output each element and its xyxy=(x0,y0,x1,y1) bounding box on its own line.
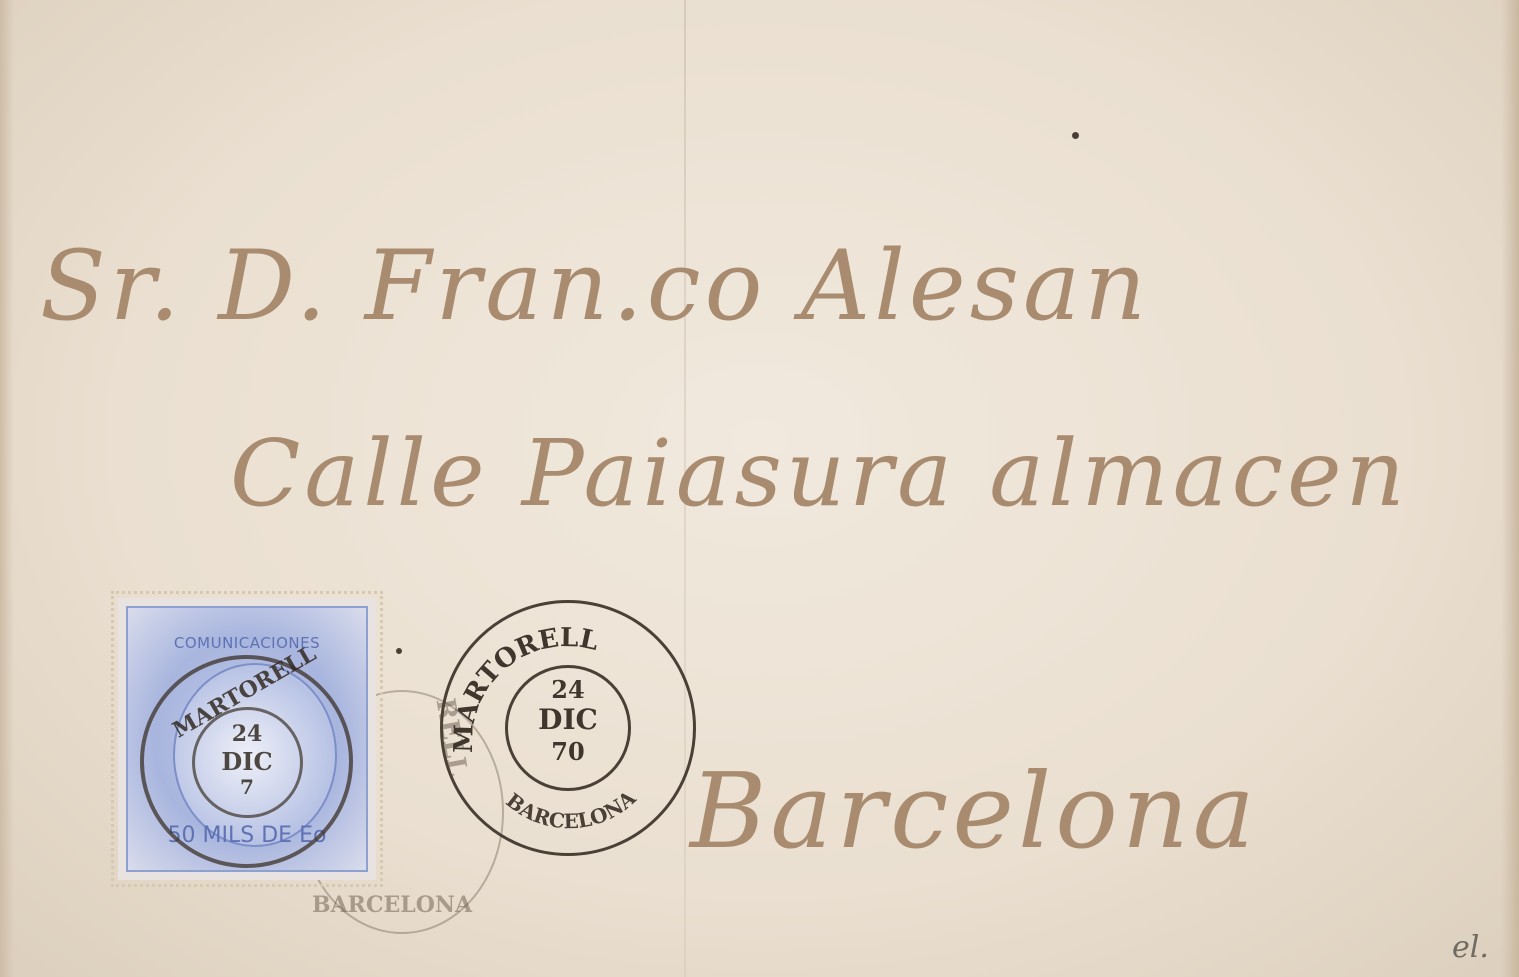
postmark-month: DIC xyxy=(443,703,693,736)
paper-edge-left xyxy=(0,0,14,977)
address-line-name: Sr. D. Fran.co Alesan xyxy=(40,230,1150,342)
postmark-on-stamp: MARTORELL 24 DIC 7 xyxy=(140,655,353,868)
svg-text:BARCELONA: BARCELONA xyxy=(502,785,641,833)
pencil-mark: el. xyxy=(1452,930,1489,965)
postmark-province: BARCELONA xyxy=(502,785,641,833)
postmark-on-stamp-month: DIC xyxy=(212,747,282,776)
paper-edge-right xyxy=(1501,0,1519,977)
postmark-main: MARTORELL BARCELONA 24 DIC 70 xyxy=(440,600,696,856)
postmark-day: 24 xyxy=(443,675,693,704)
postmark-on-stamp-year: 7 xyxy=(222,775,272,799)
stamp-top-text: COMUNICACIONES xyxy=(128,634,366,652)
ink-spot xyxy=(396,648,402,654)
postmark-year: 70 xyxy=(443,737,693,766)
ink-spot xyxy=(1072,132,1079,139)
postmark-on-stamp-day: 24 xyxy=(222,721,272,747)
address-line-city: Barcelona xyxy=(690,750,1259,872)
address-line-street: Calle Paiasura almacen xyxy=(230,420,1409,527)
faint-postmark-province: BARCELONA xyxy=(312,892,472,918)
